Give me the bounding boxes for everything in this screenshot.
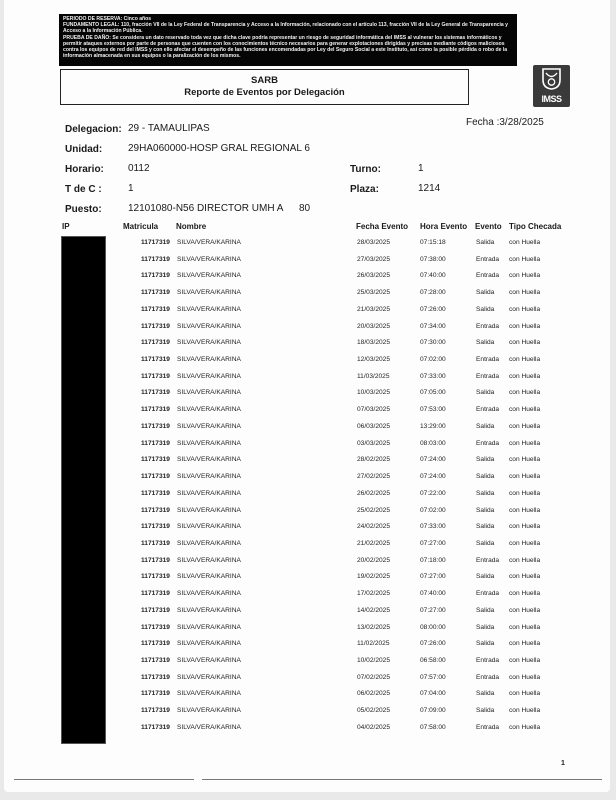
cell-matricula: 11717319 — [141, 590, 170, 597]
cell-evento: Salida — [476, 607, 494, 614]
report-title: Reporte de Eventos por Delegación — [61, 87, 468, 99]
cell-evento: Entrada — [476, 724, 499, 731]
cell-nombre: SILVA/VERA/KARINA — [177, 373, 241, 380]
cell-matricula: 11717319 — [141, 490, 170, 497]
table-row: 11717319SILVA/VERA/KARINA21/02/202507:27… — [4, 540, 616, 557]
cell-evento: Salida — [476, 473, 494, 480]
table-row: 11717319SILVA/VERA/KARINA10/03/202507:05… — [4, 389, 616, 406]
table-row: 11717319SILVA/VERA/KARINA27/02/202507:24… — [4, 473, 616, 490]
cell-tipo-checada: con Huella — [509, 406, 540, 413]
table-row: 11717319SILVA/VERA/KARINA26/02/202507:22… — [4, 490, 616, 507]
fecha-value: 3/28/2025 — [499, 117, 544, 128]
cell-hora: 07:34:00 — [420, 323, 446, 330]
table-row: 11717319SILVA/VERA/KARINA20/03/202507:34… — [4, 323, 616, 340]
cell-tipo-checada: con Huella — [509, 356, 540, 363]
cell-nombre: SILVA/VERA/KARINA — [177, 640, 241, 647]
col-header-hora-evento: Hora Evento — [420, 222, 467, 231]
system-title: SARB — [61, 75, 468, 87]
cell-matricula: 11717319 — [141, 423, 170, 430]
cell-nombre: SILVA/VERA/KARINA — [177, 573, 241, 580]
cell-tipo-checada: con Huella — [509, 306, 540, 313]
cell-hora: 07:22:00 — [420, 490, 446, 497]
cell-matricula: 11717319 — [141, 724, 170, 731]
imss-logo: IMSS — [533, 65, 570, 107]
table-row: 11717319SILVA/VERA/KARINA26/03/202507:40… — [4, 272, 616, 289]
cell-hora: 07:09:00 — [420, 707, 446, 714]
cell-nombre: SILVA/VERA/KARINA — [177, 690, 241, 697]
events-table-body: 11717319SILVA/VERA/KARINA28/03/202507:15… — [4, 239, 616, 741]
unidad-value: 29HA060000-HOSP GRAL REGIONAL 6 — [128, 143, 310, 154]
table-row: 11717319SILVA/VERA/KARINA20/02/202507:18… — [4, 557, 616, 574]
cell-tipo-checada: con Huella — [509, 707, 540, 714]
cell-hora: 07:18:00 — [420, 557, 446, 564]
cell-hora: 07:02:00 — [420, 507, 446, 514]
cell-fecha: 06/02/2025 — [357, 690, 390, 697]
cell-fecha: 26/02/2025 — [357, 490, 390, 497]
unidad-label: Unidad: — [65, 144, 102, 155]
cell-tipo-checada: con Huella — [509, 657, 540, 664]
cell-tipo-checada: con Huella — [509, 456, 540, 463]
reserve-notice: PERIODO DE RESERVA: Cinco años FUNDAMENT… — [59, 14, 517, 66]
cell-fecha: 07/03/2025 — [357, 406, 390, 413]
cell-fecha: 10/02/2025 — [357, 657, 390, 664]
horario-label: Horario: — [65, 164, 104, 175]
cell-fecha: 11/02/2025 — [357, 640, 390, 647]
table-row: 11717319SILVA/VERA/KARINA07/03/202507:53… — [4, 406, 616, 423]
cell-evento: Entrada — [476, 373, 499, 380]
cell-fecha: 20/03/2025 — [357, 323, 390, 330]
cell-hora: 07:02:00 — [420, 356, 446, 363]
cell-nombre: SILVA/VERA/KARINA — [177, 590, 241, 597]
cell-evento: Entrada — [476, 406, 499, 413]
cell-fecha: 19/02/2025 — [357, 573, 390, 580]
cell-nombre: SILVA/VERA/KARINA — [177, 490, 241, 497]
table-row: 11717319SILVA/VERA/KARINA10/02/202506:58… — [4, 657, 616, 674]
cell-evento: Salida — [476, 239, 494, 246]
cell-fecha: 07/02/2025 — [357, 674, 390, 681]
footer-rule — [202, 779, 602, 780]
cell-evento: Entrada — [476, 557, 499, 564]
cell-tipo-checada: con Huella — [509, 256, 540, 263]
cell-hora: 13:29:00 — [420, 423, 446, 430]
cell-matricula: 11717319 — [141, 674, 170, 681]
cell-hora: 06:58:00 — [420, 657, 446, 664]
footer-rule — [14, 779, 194, 780]
tdec-label: T de C : — [65, 184, 102, 195]
cell-hora: 07:57:00 — [420, 674, 446, 681]
cell-tipo-checada: con Huella — [509, 423, 540, 430]
cell-nombre: SILVA/VERA/KARINA — [177, 657, 241, 664]
cell-tipo-checada: con Huella — [509, 640, 540, 647]
cell-fecha: 06/03/2025 — [357, 423, 390, 430]
cell-fecha: 04/02/2025 — [357, 724, 390, 731]
col-header-tipo-checada: Tipo Checada — [509, 222, 561, 231]
imss-eagle-icon — [541, 68, 562, 90]
cell-matricula: 11717319 — [141, 473, 170, 480]
cell-tipo-checada: con Huella — [509, 573, 540, 580]
cell-matricula: 11717319 — [141, 339, 170, 346]
cell-hora: 07:33:00 — [420, 523, 446, 530]
cell-tipo-checada: con Huella — [509, 607, 540, 614]
cell-fecha: 24/02/2025 — [357, 523, 390, 530]
col-header-nombre: Nombre — [176, 222, 206, 231]
cell-fecha: 21/02/2025 — [357, 540, 390, 547]
cell-fecha: 13/02/2025 — [357, 624, 390, 631]
cell-evento: Entrada — [476, 440, 499, 447]
cell-matricula: 11717319 — [141, 690, 170, 697]
cell-tipo-checada: con Huella — [509, 373, 540, 380]
cell-tipo-checada: con Huella — [509, 389, 540, 396]
cell-matricula: 11717319 — [141, 557, 170, 564]
cell-tipo-checada: con Huella — [509, 557, 540, 564]
cell-evento: Entrada — [476, 323, 499, 330]
cell-nombre: SILVA/VERA/KARINA — [177, 557, 241, 564]
cell-matricula: 11717319 — [141, 389, 170, 396]
col-header-ip: IP — [62, 222, 70, 231]
cell-matricula: 11717319 — [141, 323, 170, 330]
cell-hora: 08:00:00 — [420, 624, 446, 631]
cell-nombre: SILVA/VERA/KARINA — [177, 339, 241, 346]
cell-matricula: 11717319 — [141, 406, 170, 413]
cell-tipo-checada: con Huella — [509, 674, 540, 681]
cell-hora: 07:24:00 — [420, 473, 446, 480]
cell-hora: 07:24:00 — [420, 456, 446, 463]
logo-text: IMSS — [541, 94, 561, 104]
puesto-value: 12101080-N56 DIRECTOR UMH A — [128, 203, 283, 214]
cell-fecha: 26/03/2025 — [357, 272, 390, 279]
table-row: 11717319SILVA/VERA/KARINA21/03/202507:26… — [4, 306, 616, 323]
delegacion-label: Delegacion: — [65, 124, 122, 135]
report-date: Fecha :3/28/2025 — [466, 117, 544, 128]
cell-tipo-checada: con Huella — [509, 540, 540, 547]
cell-nombre: SILVA/VERA/KARINA — [177, 440, 241, 447]
fecha-label: Fecha : — [466, 117, 499, 128]
turno-label: Turno: — [350, 164, 381, 175]
col-header-matricula: Matricula — [123, 222, 158, 231]
cell-fecha: 12/03/2025 — [357, 356, 390, 363]
cell-fecha: 14/02/2025 — [357, 607, 390, 614]
cell-nombre: SILVA/VERA/KARINA — [177, 289, 241, 296]
cell-nombre: SILVA/VERA/KARINA — [177, 406, 241, 413]
cell-hora: 07:26:00 — [420, 306, 446, 313]
cell-evento: Entrada — [476, 674, 499, 681]
cell-nombre: SILVA/VERA/KARINA — [177, 356, 241, 363]
cell-nombre: SILVA/VERA/KARINA — [177, 523, 241, 530]
cell-nombre: SILVA/VERA/KARINA — [177, 607, 241, 614]
cell-nombre: SILVA/VERA/KARINA — [177, 540, 241, 547]
cell-evento: Salida — [476, 423, 494, 430]
cell-evento: Entrada — [476, 356, 499, 363]
cell-matricula: 11717319 — [141, 256, 170, 263]
table-row: 11717319SILVA/VERA/KARINA25/03/202507:28… — [4, 289, 616, 306]
cell-hora: 07:28:00 — [420, 289, 446, 296]
table-row: 11717319SILVA/VERA/KARINA17/02/202507:40… — [4, 590, 616, 607]
cell-tipo-checada: con Huella — [509, 239, 540, 246]
cell-evento: Salida — [476, 540, 494, 547]
table-row: 11717319SILVA/VERA/KARINA19/02/202507:27… — [4, 573, 616, 590]
cell-evento: Salida — [476, 389, 494, 396]
cell-evento: Salida — [476, 573, 494, 580]
cell-hora: 07:30:00 — [420, 339, 446, 346]
cell-nombre: SILVA/VERA/KARINA — [177, 456, 241, 463]
cell-hora: 07:38:00 — [420, 256, 446, 263]
cell-hora: 07:27:00 — [420, 540, 446, 547]
cell-hora: 07:05:00 — [420, 389, 446, 396]
cell-evento: Entrada — [476, 256, 499, 263]
table-row: 11717319SILVA/VERA/KARINA28/02/202507:24… — [4, 456, 616, 473]
cell-evento: Salida — [476, 690, 494, 697]
cell-matricula: 11717319 — [141, 540, 170, 547]
cell-fecha: 21/03/2025 — [357, 306, 390, 313]
cell-matricula: 11717319 — [141, 440, 170, 447]
table-row: 11717319SILVA/VERA/KARINA27/03/202507:38… — [4, 256, 616, 273]
table-row: 11717319SILVA/VERA/KARINA28/03/202507:15… — [4, 239, 616, 256]
cell-evento: Salida — [476, 640, 494, 647]
cell-tipo-checada: con Huella — [509, 690, 540, 697]
col-header-fecha-evento: Fecha Evento — [356, 222, 408, 231]
col-header-evento: Evento — [475, 222, 502, 231]
cell-tipo-checada: con Huella — [509, 724, 540, 731]
table-row: 11717319SILVA/VERA/KARINA25/02/202507:02… — [4, 507, 616, 524]
cell-fecha: 27/03/2025 — [357, 256, 390, 263]
cell-hora: 07:53:00 — [420, 406, 446, 413]
cell-fecha: 27/02/2025 — [357, 473, 390, 480]
cell-hora: 07:27:00 — [420, 607, 446, 614]
table-row: 11717319SILVA/VERA/KARINA03/03/202508:03… — [4, 440, 616, 457]
cell-fecha: 28/03/2025 — [357, 239, 390, 246]
cell-hora: 07:26:00 — [420, 640, 446, 647]
cell-matricula: 11717319 — [141, 707, 170, 714]
puesto-label: Puesto: — [65, 204, 102, 215]
cell-hora: 07:04:00 — [420, 690, 446, 697]
cell-hora: 07:40:00 — [420, 272, 446, 279]
table-row: 11717319SILVA/VERA/KARINA06/03/202513:29… — [4, 423, 616, 440]
cell-nombre: SILVA/VERA/KARINA — [177, 724, 241, 731]
table-row: 11717319SILVA/VERA/KARINA14/02/202507:27… — [4, 607, 616, 624]
cell-evento: Salida — [476, 707, 494, 714]
table-row: 11717319SILVA/VERA/KARINA06/02/202507:04… — [4, 690, 616, 707]
cell-hora: 07:27:00 — [420, 573, 446, 580]
cell-nombre: SILVA/VERA/KARINA — [177, 239, 241, 246]
cell-evento: Salida — [476, 624, 494, 631]
puesto-extra: 80 — [299, 203, 310, 214]
cell-nombre: SILVA/VERA/KARINA — [177, 323, 241, 330]
cell-matricula: 11717319 — [141, 289, 170, 296]
cell-nombre: SILVA/VERA/KARINA — [177, 389, 241, 396]
cell-fecha: 28/02/2025 — [357, 456, 390, 463]
cell-evento: Salida — [476, 456, 494, 463]
cell-nombre: SILVA/VERA/KARINA — [177, 624, 241, 631]
cell-evento: Salida — [476, 306, 494, 313]
table-row: 11717319SILVA/VERA/KARINA13/02/202508:00… — [4, 624, 616, 641]
cell-tipo-checada: con Huella — [509, 473, 540, 480]
cell-matricula: 11717319 — [141, 624, 170, 631]
cell-matricula: 11717319 — [141, 640, 170, 647]
cell-tipo-checada: con Huella — [509, 507, 540, 514]
cell-hora: 08:03:00 — [420, 440, 446, 447]
cell-evento: Salida — [476, 289, 494, 296]
cell-matricula: 11717319 — [141, 657, 170, 664]
plaza-label: Plaza: — [350, 184, 379, 195]
cell-nombre: SILVA/VERA/KARINA — [177, 507, 241, 514]
table-row: 11717319SILVA/VERA/KARINA11/02/202507:26… — [4, 640, 616, 657]
cell-tipo-checada: con Huella — [509, 289, 540, 296]
cell-fecha: 03/03/2025 — [357, 440, 390, 447]
turno-value: 1 — [418, 163, 424, 174]
cell-matricula: 11717319 — [141, 456, 170, 463]
plaza-value: 1214 — [418, 183, 440, 194]
cell-tipo-checada: con Huella — [509, 590, 540, 597]
table-row: 11717319SILVA/VERA/KARINA12/03/202507:02… — [4, 356, 616, 373]
cell-matricula: 11717319 — [141, 373, 170, 380]
cell-tipo-checada: con Huella — [509, 490, 540, 497]
cell-hora: 07:40:00 — [420, 590, 446, 597]
cell-nombre: SILVA/VERA/KARINA — [177, 272, 241, 279]
cell-tipo-checada: con Huella — [509, 323, 540, 330]
horario-value: 0112 — [128, 163, 150, 174]
cell-matricula: 11717319 — [141, 306, 170, 313]
tdec-value: 1 — [128, 183, 134, 194]
cell-hora: 07:15:18 — [420, 239, 446, 246]
notice-damage-test: PRUEBA DE DAÑO: Se considera un dato res… — [63, 35, 513, 60]
cell-tipo-checada: con Huella — [509, 523, 540, 530]
cell-tipo-checada: con Huella — [509, 440, 540, 447]
cell-fecha: 25/02/2025 — [357, 507, 390, 514]
delegacion-value: 29 - TAMAULIPAS — [128, 123, 210, 134]
cell-fecha: 05/02/2025 — [357, 707, 390, 714]
cell-nombre: SILVA/VERA/KARINA — [177, 306, 241, 313]
cell-evento: Entrada — [476, 272, 499, 279]
table-row: 11717319SILVA/VERA/KARINA18/03/202507:30… — [4, 339, 616, 356]
cell-fecha: 18/03/2025 — [357, 339, 390, 346]
cell-matricula: 11717319 — [141, 573, 170, 580]
cell-evento: Entrada — [476, 657, 499, 664]
cell-nombre: SILVA/VERA/KARINA — [177, 707, 241, 714]
notice-legal-basis: FUNDAMENTO LEGAL: 110, fracción VII de l… — [63, 22, 513, 34]
document-page: PERIODO DE RESERVA: Cinco años FUNDAMENT… — [4, 0, 610, 792]
cell-nombre: SILVA/VERA/KARINA — [177, 473, 241, 480]
cell-matricula: 11717319 — [141, 239, 170, 246]
cell-evento: Salida — [476, 490, 494, 497]
cell-tipo-checada: con Huella — [509, 339, 540, 346]
cell-matricula: 11717319 — [141, 272, 170, 279]
table-row: 11717319SILVA/VERA/KARINA07/02/202507:57… — [4, 674, 616, 691]
cell-fecha: 11/03/2025 — [357, 373, 390, 380]
cell-matricula: 11717319 — [141, 523, 170, 530]
cell-nombre: SILVA/VERA/KARINA — [177, 256, 241, 263]
cell-evento: Salida — [476, 507, 494, 514]
cell-fecha: 10/03/2025 — [357, 389, 390, 396]
table-row: 11717319SILVA/VERA/KARINA05/02/202507:09… — [4, 707, 616, 724]
cell-fecha: 25/03/2025 — [357, 289, 390, 296]
cell-evento: Salida — [476, 339, 494, 346]
cell-hora: 07:58:00 — [420, 724, 446, 731]
table-row: 11717319SILVA/VERA/KARINA24/02/202507:33… — [4, 523, 616, 540]
page-number: 1 — [561, 760, 565, 767]
cell-fecha: 17/02/2025 — [357, 590, 390, 597]
cell-nombre: SILVA/VERA/KARINA — [177, 674, 241, 681]
table-row: 11717319SILVA/VERA/KARINA04/02/202507:58… — [4, 724, 616, 741]
cell-evento: Salida — [476, 523, 494, 530]
cell-matricula: 11717319 — [141, 507, 170, 514]
table-row: 11717319SILVA/VERA/KARINA11/03/202507:33… — [4, 373, 616, 390]
report-title-box: SARB Reporte de Eventos por Delegación — [60, 69, 469, 105]
cell-matricula: 11717319 — [141, 356, 170, 363]
cell-fecha: 20/02/2025 — [357, 557, 390, 564]
cell-matricula: 11717319 — [141, 607, 170, 614]
cell-evento: Entrada — [476, 590, 499, 597]
cell-tipo-checada: con Huella — [509, 272, 540, 279]
cell-nombre: SILVA/VERA/KARINA — [177, 423, 241, 430]
cell-tipo-checada: con Huella — [509, 624, 540, 631]
cell-hora: 07:33:00 — [420, 373, 446, 380]
